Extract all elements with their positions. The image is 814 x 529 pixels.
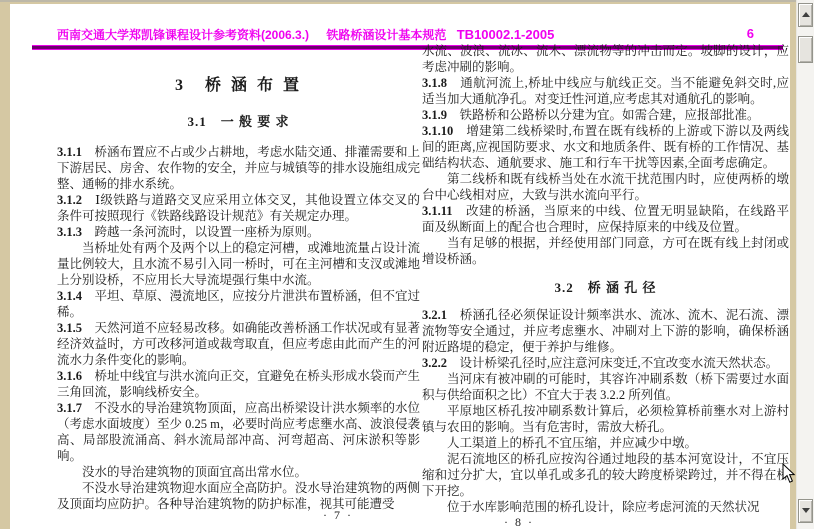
scroll-up-button[interactable]	[798, 3, 813, 27]
section-heading-3-1: 3.1 一 般 要 求	[57, 113, 420, 130]
left-column-paragraphs: 3.1.1 桥涵布置应不占或少占耕地，考虑水陆交通、排灌需要和上下游居民、房舍、…	[57, 144, 420, 512]
paragraph: 3.1.8 通航河流上,桥址中线应与航线正交。当不能避免斜交时,应适当加大通航净…	[422, 75, 789, 107]
clause-number: 3.1.1	[57, 145, 82, 159]
right-column-paragraphs-after: 3.2.1 桥涵孔径必须保证设计频率洪水、流冰、流木、泥石流、漂流物等安全通过，…	[422, 307, 789, 515]
paragraph: 3.2.2 设计桥梁孔径时,应注意河床变迁,不宜改变水流天然状态。	[422, 355, 789, 371]
paragraph: 第二线桥和既有线桥当处在水流干扰范围内时，应使两桥的墩台中心线相对应，大致与洪水…	[422, 171, 789, 203]
clause-number: 3.1.5	[57, 321, 82, 335]
paragraph: 平原地区桥孔按冲刷系数计算后，必须检算桥前壅水对上游村镇与农田的影响。当有危害时…	[422, 403, 789, 435]
paragraph: 人工渠道上的桥孔不宜压缩，并应减少中墩。	[422, 435, 789, 451]
paragraph: 3.1.11 改建的桥涵，当原来的中线、位置无明显缺陷，在线路平面及纵断面上的配…	[422, 203, 789, 235]
header-spec-code: TB10002.1-2005	[457, 27, 555, 42]
paragraph: 位于水库影响范围的桥孔设计，除应考虑河流的天然状况	[422, 499, 789, 515]
chapter-heading: 3 桥 涵 布 置	[57, 76, 420, 96]
running-header: 西南交通大学郑凯锋课程设计参考资料(2006.3.) 铁路桥涵设计基本规范 TB…	[32, 26, 782, 42]
left-column: 3 桥 涵 布 置 3.1 一 般 要 求 3.1.1 桥涵布置应不占或少占耕地…	[57, 76, 420, 512]
paragraph: 3.1.10 增建第二线桥梁时,布置在既有线桥的上游或下游以及两线间的距离,应视…	[422, 123, 789, 171]
scrollbar-thumb[interactable]	[798, 36, 813, 63]
page-number-7: · 7 ·	[323, 508, 353, 523]
clause-number: 3.1.6	[57, 369, 82, 383]
paragraph: 当河床有被冲刷的可能时，其容许冲刷系数（桥下需要过水面积与供给面积之比）不宜大于…	[422, 371, 789, 403]
paragraph: 3.1.2 Ⅰ级铁路与道路交叉应采用立体交叉，其他设置立体交叉的条件可按照现行《…	[57, 192, 420, 224]
paragraph: 3.1.5 天然河道不应轻易改移。如确能改善桥涵工作状况或有显著经济效益时，方可…	[57, 320, 420, 368]
right-column: 水流、波浪、流冰、流木、漂流物等的冲击而定。坡脚的设计，应考虑冲刷的影响。3.1…	[422, 43, 789, 515]
paragraph: 3.1.4 平坦、草原、漫流地区，应按分片泄洪布置桥涵，但不宜过稀。	[57, 288, 420, 320]
vertical-scrollbar[interactable]	[796, 0, 814, 529]
paragraph: 3.1.7 不没水的导治建筑物顶面，应高出桥梁设计洪水频率的水位（考虑水面坡度）…	[57, 400, 420, 464]
clause-number: 3.1.2	[57, 193, 82, 207]
paragraph: 水流、波浪、流冰、流木、漂流物等的冲击而定。坡脚的设计，应考虑冲刷的影响。	[422, 43, 789, 75]
page-number-8: · 8 ·	[504, 515, 534, 529]
document-viewer: 西南交通大学郑凯锋课程设计参考资料(2006.3.) 铁路桥涵设计基本规范 TB…	[0, 0, 814, 529]
paragraph: 3.2.1 桥涵孔径必须保证设计频率洪水、流冰、流木、泥石流、漂流物等安全通过，…	[422, 307, 789, 355]
header-spec-title: 铁路桥涵设计基本规范	[326, 28, 446, 42]
clause-number: 3.2.2	[422, 356, 447, 370]
window-top-edge	[0, 0, 814, 2]
clause-number: 3.1.8	[422, 76, 447, 90]
paragraph: 当桥址处有两个及两个以上的稳定河槽，或滩地流量占设计流量比例较大，且水流不易引入…	[57, 240, 420, 288]
document-page: 西南交通大学郑凯锋课程设计参考资料(2006.3.) 铁路桥涵设计基本规范 TB…	[10, 4, 790, 529]
paragraph: 不没水导治建筑物迎水面应全高防护。没水导治建筑物的两侧及顶面均应防护。各种导治建…	[57, 480, 420, 512]
clause-number: 3.1.11	[422, 204, 453, 218]
paragraph: 3.1.9 铁路桥和公路桥以分建为宜。如需合建，应报部批准。	[422, 107, 789, 123]
header-page-indicator: 6	[747, 26, 754, 41]
paragraph: 泥石流地区的桥孔应按沟谷通过地段的基本河宽设计，不宜压缩和过分扩大，宜以单孔或多…	[422, 451, 789, 499]
clause-number: 3.1.3	[57, 225, 82, 239]
paragraph: 3.1.6 桥址中线宜与洪水流向正交，宜避免在桥头形成水袋而产生三角回流，影响线…	[57, 368, 420, 400]
right-column-paragraphs-before: 水流、波浪、流冰、流木、漂流物等的冲击而定。坡脚的设计，应考虑冲刷的影响。3.1…	[422, 43, 789, 267]
scroll-up-icon	[802, 12, 810, 17]
paragraph: 3.1.1 桥涵布置应不占或少占耕地，考虑水陆交通、排灌需要和上下游居民、房舍、…	[57, 144, 420, 192]
scroll-down-button[interactable]	[798, 499, 813, 523]
paragraph: 当有足够的根据，并经使用部门同意，方可在既有线上封闭或增设桥涵。	[422, 235, 789, 267]
paragraph: 3.1.3 跨越一条河流时，以设置一座桥为原则。	[57, 224, 420, 240]
clause-number: 3.1.4	[57, 289, 82, 303]
header-course-ref: 西南交通大学郑凯锋课程设计参考资料(2006.3.)	[57, 28, 309, 42]
scroll-down-icon	[802, 508, 810, 513]
clause-number: 3.1.7	[57, 401, 82, 415]
paragraph: 没水的导治建筑物的顶面宜高出常水位。	[57, 464, 420, 480]
clause-number: 3.1.9	[422, 108, 447, 122]
clause-number: 3.1.10	[422, 124, 453, 138]
clause-number: 3.2.1	[422, 308, 447, 322]
section-heading-3-2: 3.2 桥 涵 孔 径	[422, 279, 789, 296]
mouse-cursor-icon	[782, 463, 796, 489]
